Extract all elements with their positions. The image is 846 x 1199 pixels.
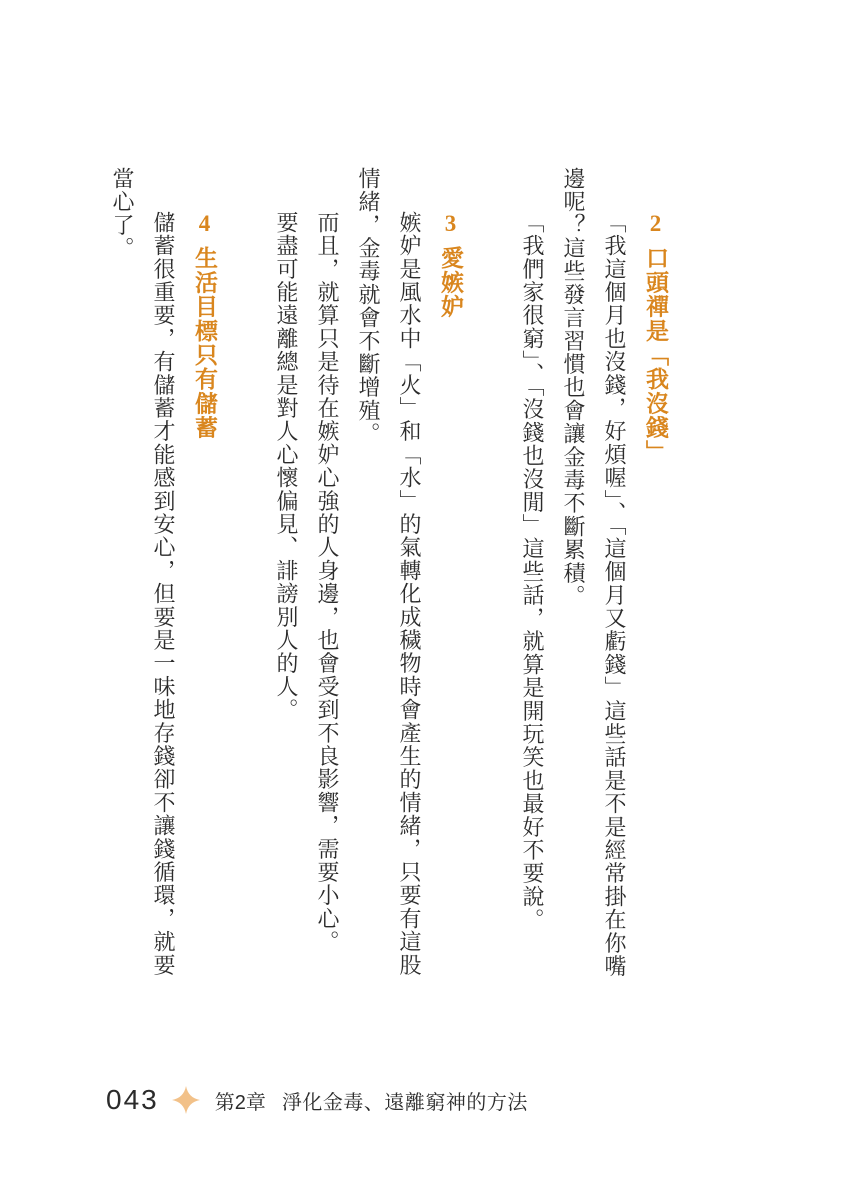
section-jealousy: 3愛嫉妒 嫉妒是風水中「火」和「水」的氣轉化成穢物時會產生的情緒，只要有這股情緒… [266, 167, 471, 981]
section-title: 口頭禪是「我沒錢」 [643, 246, 668, 464]
page-footer: 043 第2章 淨化金毒、遠離窮神的方法 [106, 1082, 528, 1118]
section-heading: 3愛嫉妒 [430, 167, 471, 981]
section-number: 3 [438, 211, 463, 237]
book-page: 2口頭禪是「我沒錢」 「我這個月也沒錢，好煩喔」、「這個月又虧錢」這些話是不是經… [0, 0, 846, 1199]
section-number: 4 [192, 211, 217, 237]
chapter-label: 第2章 [215, 1086, 266, 1115]
paragraph: 「我這個月也沒錢，好煩喔」、「這個月又虧錢」這些話是不是經常掛在你嘴邊呢？這些發… [553, 167, 635, 981]
section-saving-goal: 4生活目標只有儲蓄 儲蓄很重要，有儲蓄才能感到安心，但要是一味地存錢卻不讓錢循環… [102, 167, 225, 981]
paragraph: 「我們家很窮」、「沒錢也沒閒」這些話，就算是開玩笑也最好不要說。 [512, 167, 553, 981]
chapter-title: 淨化金毒、遠離窮神的方法 [282, 1086, 528, 1115]
section-money-mantra: 2口頭禪是「我沒錢」 「我這個月也沒錢，好煩喔」、「這個月又虧錢」這些話是不是經… [512, 167, 676, 981]
section-number: 2 [643, 211, 668, 237]
section-title: 愛嫉妒 [438, 246, 463, 319]
section-heading: 2口頭禪是「我沒錢」 [635, 167, 676, 981]
paragraph: 而且，就算只是待在嫉妒心強的人身邊，也會受到不良影響，需要小心。 [307, 167, 348, 981]
vertical-text-block: 2口頭禪是「我沒錢」 「我這個月也沒錢，好煩喔」、「這個月又虧錢」這些話是不是經… [102, 167, 676, 981]
paragraph: 嫉妒是風水中「火」和「水」的氣轉化成穢物時會產生的情緒，只要有這股情緒，金毒就會… [348, 167, 430, 981]
paragraph: 儲蓄很重要，有儲蓄才能感到安心，但要是一味地存錢卻不讓錢循環，就要當心了。 [102, 167, 184, 981]
page-number: 043 [106, 1084, 159, 1116]
section-heading: 4生活目標只有儲蓄 [184, 167, 225, 981]
four-pointed-star-icon [171, 1085, 201, 1115]
paragraph: 要盡可能遠離總是對人心懷偏見、誹謗別人的人。 [266, 167, 307, 981]
section-title: 生活目標只有儲蓄 [192, 246, 217, 440]
